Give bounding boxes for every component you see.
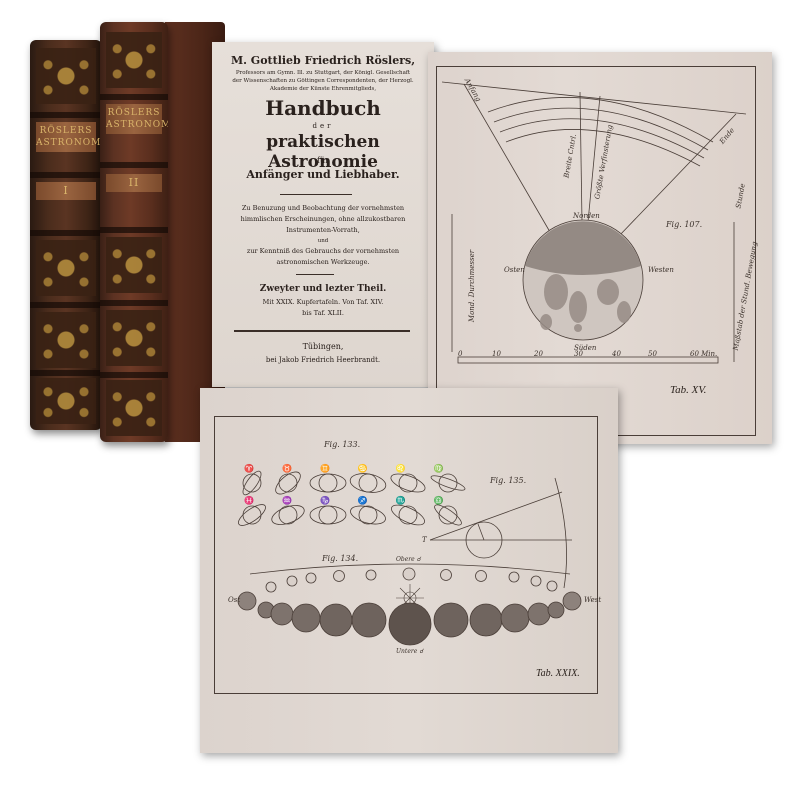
figure-label: Fig. 133. [324, 440, 360, 449]
purpose-line: astronomischen Werkzeuge. [212, 258, 434, 266]
title-subject: praktischen Astronomie [212, 132, 434, 172]
scale-tick: 60 Min. [690, 350, 717, 358]
credentials-line: der Wissenschaften zu Göttingen Correspo… [212, 78, 434, 84]
divider [234, 330, 410, 332]
title-page: M. Gottlieb Friedrich Röslers, Professor… [212, 42, 434, 387]
label-east: Ost [228, 596, 240, 604]
scale-tick: 50 [648, 350, 657, 358]
plate-xxix-diagram [200, 388, 618, 753]
zodiac-row-top: ♈♉♊♋♌♍ [244, 464, 472, 473]
scale-tick: 40 [612, 350, 621, 358]
plates-line: bis Taf. XLII. [212, 309, 434, 317]
label-upper-conjunction: Obere ☌ [396, 556, 421, 563]
gilt-ornament [36, 312, 96, 368]
zodiac-row-bottom: ♓♒♑♐♏♎ [244, 496, 472, 505]
spine-volume-label: I [36, 182, 96, 200]
credentials-line: Professors am Gymn. Ill. zu Stuttgart, d… [212, 70, 434, 76]
title-main: Handbuch [212, 96, 434, 120]
figure-label: Fig. 135. [490, 476, 526, 485]
title-article: der [212, 122, 434, 130]
gilt-ornament [106, 380, 162, 436]
author-line: M. Gottlieb Friedrich Röslers, [212, 54, 434, 67]
label-east: Osten [504, 266, 525, 274]
plate-number: Tab. XV. [670, 384, 706, 396]
geometry-label: T [422, 536, 427, 544]
scale-tick: 30 [574, 350, 583, 358]
figure-label: Fig. 134. [322, 554, 358, 563]
imprint-publisher: bei Jakob Friedrich Heerbrandt. [212, 356, 434, 364]
purpose-line: zur Kenntniß des Gebrauchs der vornehmst… [212, 247, 434, 255]
scale-tick: 0 [458, 350, 462, 358]
purpose-line: Instrumenten-Vorrath, [212, 226, 434, 234]
credentials-line: Akademie der Künste Ehrenmitglieds, [212, 86, 434, 92]
divider [296, 274, 334, 275]
gilt-ornament [36, 378, 96, 424]
part-line: Zweyter und lezter Theil. [212, 284, 434, 294]
divider [280, 194, 352, 195]
gilt-ornament [106, 310, 162, 366]
plate-number: Tab. XXIX. [536, 668, 580, 679]
spine-title-label: RÖSLERSASTRONOMIE [106, 104, 162, 134]
purpose-line: und [212, 238, 434, 244]
label-west: West [584, 596, 601, 604]
title-audience: Anfänger und Liebhaber. [212, 168, 434, 181]
scale-tick: 20 [534, 350, 543, 358]
spine-title-label: RÖSLERSASTRONOMIE [36, 122, 96, 152]
label-left-scale: Mond. Durchmesser [468, 250, 476, 322]
figure-label: Fig. 107. [666, 220, 702, 229]
scale-tick: 10 [492, 350, 501, 358]
imprint-place: Tübingen, [212, 342, 434, 351]
gilt-ornament [106, 32, 162, 88]
label-north: Norden [573, 212, 600, 220]
purpose-line: Zu Benuzung und Beobachtung der vornehms… [212, 204, 434, 212]
title-for: für [212, 156, 434, 165]
eclipse-diagram [428, 52, 772, 444]
label-lower-conjunction: Untere ☌ [396, 648, 423, 655]
plate-xv: Anfang Ende Breite Cntrl. Größte Verfins… [428, 52, 772, 444]
book-spine-volume-2: RÖSLERSASTRONOMIE II [100, 22, 168, 442]
gilt-ornament [36, 240, 96, 296]
purpose-line: himmlischen Erscheinungen, ohne allzukos… [212, 215, 434, 223]
gilt-ornament [106, 237, 162, 293]
book-spine-volume-1: RÖSLERSASTRONOMIE I [30, 40, 102, 430]
plate-xxix: Fig. 133. Fig. 135. Fig. 134. ♈♉♊♋♌♍ ♓♒♑… [200, 388, 618, 753]
label-west: Westen [648, 266, 674, 274]
gilt-ornament [36, 48, 96, 104]
spine-volume-label: II [106, 174, 162, 192]
plates-line: Mit XXIX. Kupfertafeln. Von Taf. XIV. [212, 298, 434, 306]
